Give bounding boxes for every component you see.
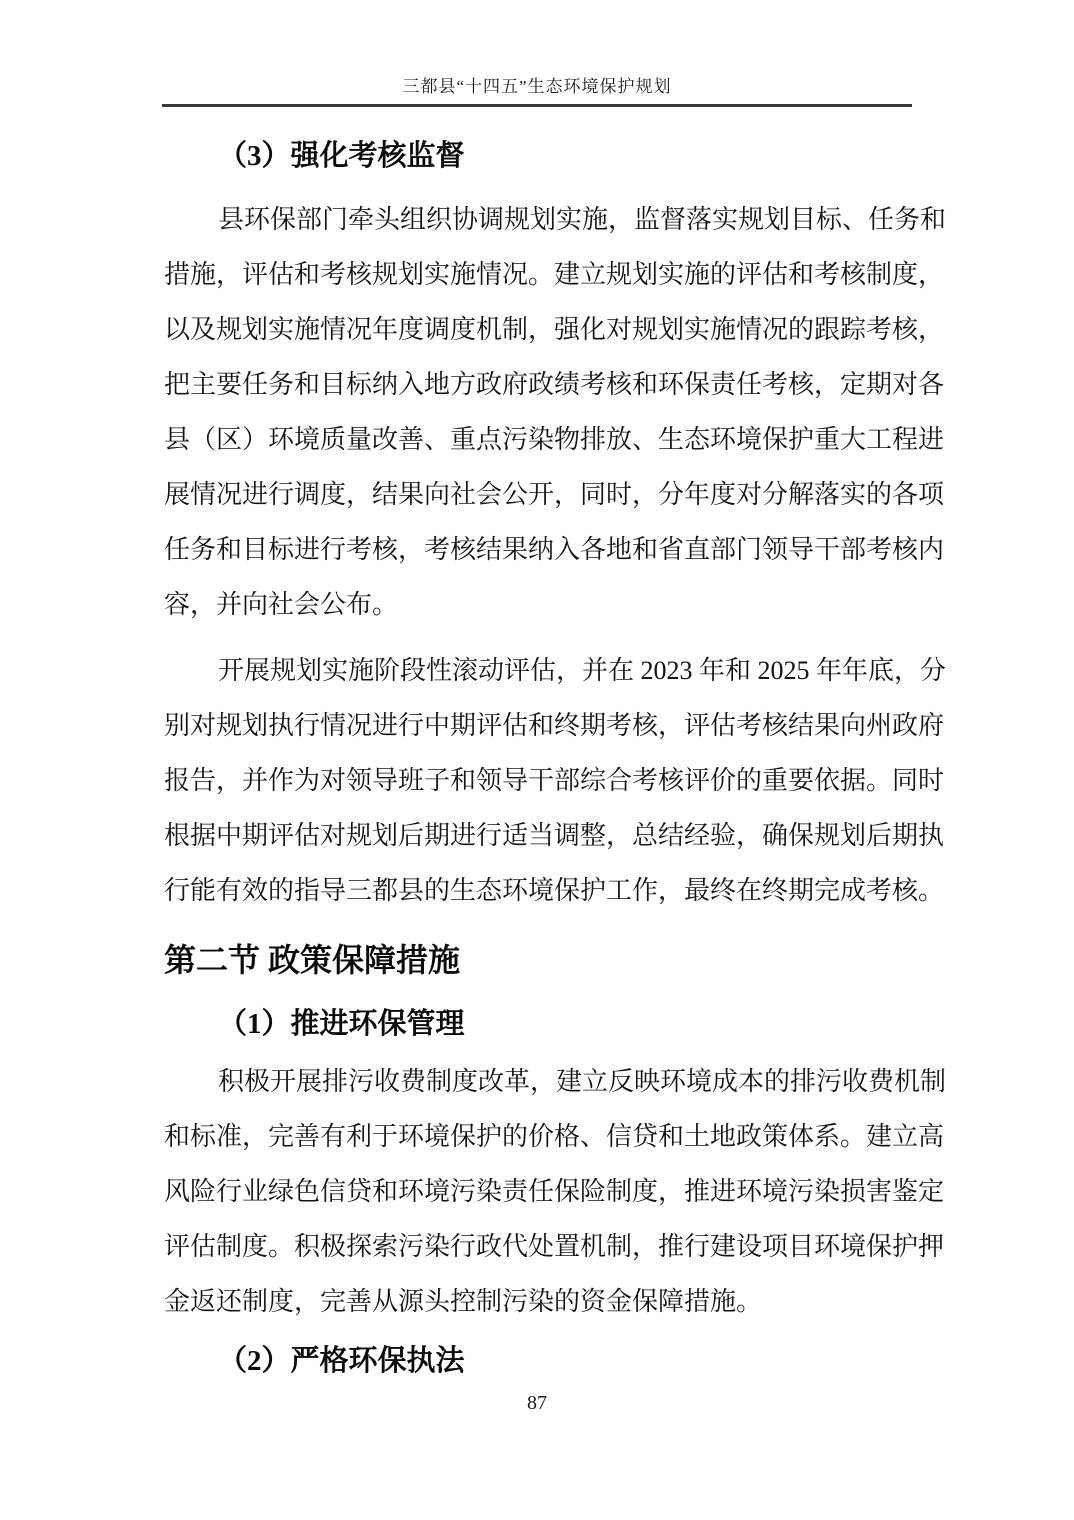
body-line: 根据中期评估对规划后期进行适当调整，总结经验，确保规划后期执 [164, 808, 910, 863]
page-number: 87 [164, 1392, 910, 1415]
body-line: 以及规划实施情况年度调度机制，强化对规划实施情况的跟踪考核， [164, 302, 910, 357]
body-line: 任务和目标进行考核，考核结果纳入各地和省直部门领导干部考核内 [164, 522, 910, 577]
header-title: 三都县“十四五”生态环境保护规划 [0, 0, 1074, 97]
subsection-heading-strengthen-assessment: （3）强化考核监督 [164, 137, 910, 175]
body-line: 开展规划实施阶段性滚动评估，并在 2023 年和 2025 年年底，分 [164, 643, 910, 698]
document-page: 三都县“十四五”生态环境保护规划 （3）强化考核监督 县环保部门牵头组织协调规划… [0, 0, 1074, 1520]
subsection-heading-promote-management: （1）推进环保管理 [164, 1005, 910, 1043]
document-body: （3）强化考核监督 县环保部门牵头组织协调规划实施，监督落实规划目标、任务和 措… [164, 137, 910, 1415]
body-line: 县环保部门牵头组织协调规划实施，监督落实规划目标、任务和 [164, 192, 910, 247]
body-line: 积极开展排污收费制度改革，建立反映环境成本的排污收费机制 [164, 1054, 910, 1109]
body-line: 措施，评估和考核规划实施情况。建立规划实施的评估和考核制度， [164, 247, 910, 302]
body-line: 别对规划执行情况进行中期评估和终期考核，评估考核结果向州政府 [164, 698, 910, 753]
body-line: 县（区）环境质量改善、重点污染物排放、生态环境保护重大工程进 [164, 412, 910, 467]
body-line: 风险行业绿色信贷和环境污染责任保险制度，推进环境污染损害鉴定 [164, 1164, 910, 1219]
header-rule [162, 104, 912, 107]
body-line: 容，并向社会公布。 [164, 577, 910, 632]
body-line: 展情况进行调度，结果向社会公开，同时，分年度对分解落实的各项 [164, 467, 910, 522]
body-line: 金返还制度，完善从源头控制污染的资金保障措施。 [164, 1274, 910, 1329]
paragraph-pollution-fee-reform: 积极开展排污收费制度改革，建立反映环境成本的排污收费机制 和标准，完善有利于环境… [164, 1054, 910, 1329]
body-line: 行能有效的指导三都县的生态环境保护工作，最终在终期完成考核。 [164, 863, 910, 918]
body-line: 把主要任务和目标纳入地方政府政绩考核和环保责任考核，定期对各 [164, 357, 910, 412]
body-line: 和标准，完善有利于环境保护的价格、信贷和土地政策体系。建立高 [164, 1109, 910, 1164]
paragraph-rolling-evaluation: 开展规划实施阶段性滚动评估，并在 2023 年和 2025 年年底，分 别对规划… [164, 643, 910, 918]
paragraph-assessment-supervision: 县环保部门牵头组织协调规划实施，监督落实规划目标、任务和 措施，评估和考核规划实… [164, 192, 910, 632]
body-line: 评估制度。积极探索污染行政代处置机制，推行建设项目环境保护押 [164, 1219, 910, 1274]
section-heading-policy-guarantee: 第二节 政策保障措施 [164, 937, 910, 983]
body-line: 报告，并作为对领导班子和领导干部综合考核评价的重要依据。同时 [164, 753, 910, 808]
subsection-heading-strict-enforcement: （2）严格环保执法 [164, 1342, 910, 1380]
